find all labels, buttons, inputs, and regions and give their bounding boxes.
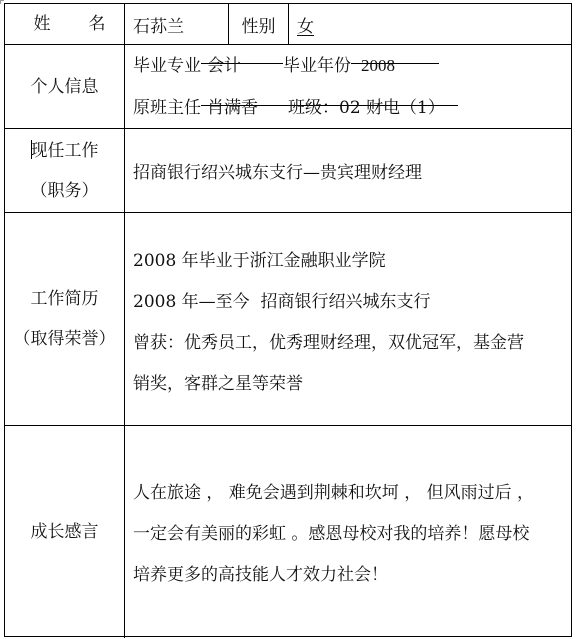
grad-year-field[interactable]: 2008 bbox=[351, 45, 439, 64]
head-teacher-value: 肖满香 bbox=[201, 98, 258, 118]
name-label-char-1: 姓 bbox=[34, 4, 51, 44]
reflection-line: 一定会有美丽的彩虹 。感恩母校对我的培养！愿母校 bbox=[133, 514, 571, 555]
reflection-row: 成长感言 人在旅途 ， 难免会遇到荆棘和坎坷 ， 但风雨过后 ， 一定会有美丽的… bbox=[5, 426, 571, 638]
current-job-value: 招商银行绍兴城东支行—贵宾理财经理 bbox=[133, 158, 571, 183]
grad-year-value: 2008 bbox=[351, 56, 395, 75]
reflection-line: 人在旅途 ， 难免会遇到荆棘和坎坷 ， 但风雨过后 ， bbox=[133, 473, 571, 514]
reflection-value-cell[interactable]: 人在旅途 ， 难免会遇到荆棘和坎坷 ， 但风雨过后 ， 一定会有美丽的彩虹 。感… bbox=[125, 426, 571, 638]
grad-year-label: 毕业年份 bbox=[283, 56, 351, 76]
gender-value-cell[interactable]: 女 bbox=[289, 4, 571, 44]
class-label: 班级： bbox=[258, 98, 339, 118]
reflection-line: 培养更多的高技能人才效力社会！ bbox=[133, 555, 571, 596]
work-history-line: 曾获：优秀员工，优秀理财经理，双优冠军，基金营 bbox=[133, 323, 571, 364]
personal-info-label-cell: 个人信息 bbox=[5, 45, 125, 128]
work-history-line: 2008 年毕业于浙江金融职业学院 bbox=[133, 241, 571, 282]
work-history-sublabel: （取得荣誉） bbox=[14, 319, 116, 359]
major-label: 毕业专业 bbox=[133, 56, 201, 76]
head-teacher-label: 原班主任 bbox=[133, 98, 201, 118]
major-line: 毕业专业会计毕业年份2008 bbox=[133, 45, 571, 87]
current-job-label-cell: 现任工作 （职务） bbox=[5, 129, 125, 212]
current-job-label-text: 现任工作 bbox=[31, 141, 99, 161]
reflection-label: 成长感言 bbox=[31, 512, 99, 552]
current-job-row: 现任工作 （职务） 招商银行绍兴城东支行—贵宾理财经理 bbox=[5, 129, 571, 213]
name-row: 姓 名 石荪兰 性别 女 bbox=[5, 4, 571, 45]
current-job-sublabel: （职务） bbox=[31, 171, 99, 211]
name-label-char-2: 名 bbox=[89, 4, 106, 44]
gender-label-cell: 性别 bbox=[228, 4, 289, 44]
work-history-line: 2008 年—至今 招商银行绍兴城东支行 bbox=[133, 282, 571, 323]
profile-table: 姓 名 石荪兰 性别 女 个人信息 毕业专业会计毕业年份2008 原班主任肖满香… bbox=[4, 3, 572, 637]
current-job-label: 现任工作 bbox=[31, 131, 99, 171]
personal-info-value-cell[interactable]: 毕业专业会计毕业年份2008 原班主任肖满香班级：02 财电（1） bbox=[125, 45, 571, 128]
reflection-label-cell: 成长感言 bbox=[5, 426, 125, 638]
gender-value: 女 bbox=[297, 12, 314, 37]
name-value: 石荪兰 bbox=[133, 12, 184, 37]
major-value: 会计 bbox=[201, 56, 241, 76]
teacher-class-field[interactable]: 肖满香班级：02 财电（1） bbox=[201, 87, 458, 106]
teacher-class-line: 原班主任肖满香班级：02 财电（1） bbox=[133, 87, 571, 129]
work-history-label-cell: 工作简历 （取得荣誉） bbox=[5, 213, 125, 425]
class-value: 02 财电（1） bbox=[339, 98, 445, 118]
personal-info-label: 个人信息 bbox=[31, 67, 99, 107]
work-history-value-cell[interactable]: 2008 年毕业于浙江金融职业学院 2008 年—至今 招商银行绍兴城东支行 曾… bbox=[125, 213, 571, 425]
name-label: 姓 名 bbox=[24, 4, 106, 44]
name-label-cell: 姓 名 bbox=[5, 4, 125, 44]
current-job-value-cell[interactable]: 招商银行绍兴城东支行—贵宾理财经理 bbox=[125, 129, 571, 212]
major-field[interactable]: 会计 bbox=[201, 45, 283, 64]
name-value-cell[interactable]: 石荪兰 bbox=[125, 4, 228, 44]
work-history-row: 工作简历 （取得荣誉） 2008 年毕业于浙江金融职业学院 2008 年—至今 … bbox=[5, 213, 571, 426]
work-history-line: 销奖，客群之星等荣誉 bbox=[133, 364, 571, 405]
gender-label: 性别 bbox=[242, 12, 276, 37]
personal-info-row: 个人信息 毕业专业会计毕业年份2008 原班主任肖满香班级：02 财电（1） bbox=[5, 45, 571, 129]
work-history-label: 工作简历 bbox=[31, 279, 99, 319]
